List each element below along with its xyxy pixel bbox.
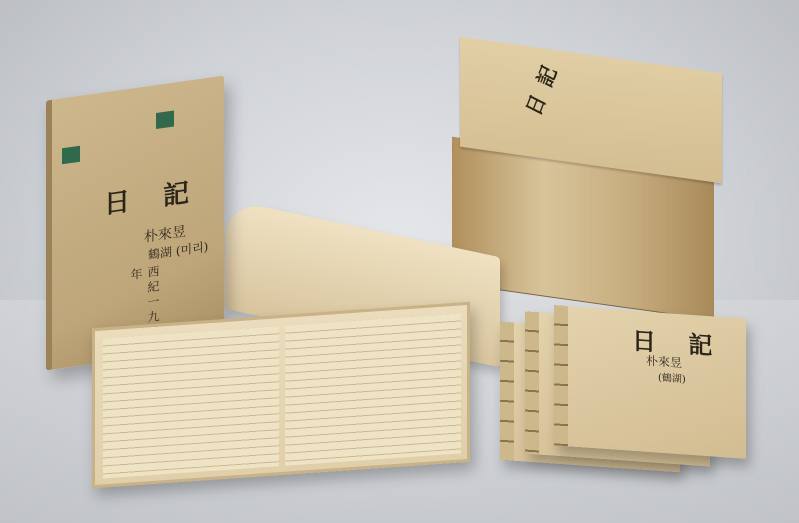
open-diary xyxy=(92,302,470,488)
bound-note: (鶴湖) xyxy=(658,369,686,386)
left-page xyxy=(103,326,279,478)
stitched-spine xyxy=(500,322,514,461)
bound-diary-front: 日 記 朴來昱 (鶴湖) xyxy=(554,305,746,458)
right-page xyxy=(285,313,461,465)
stitched-spine xyxy=(525,312,539,455)
stack-title: 日記 xyxy=(517,49,566,120)
green-tab xyxy=(62,146,80,165)
cover-title: 日 記 xyxy=(104,171,201,222)
stitched-spine xyxy=(554,305,568,446)
green-tab xyxy=(156,111,174,130)
